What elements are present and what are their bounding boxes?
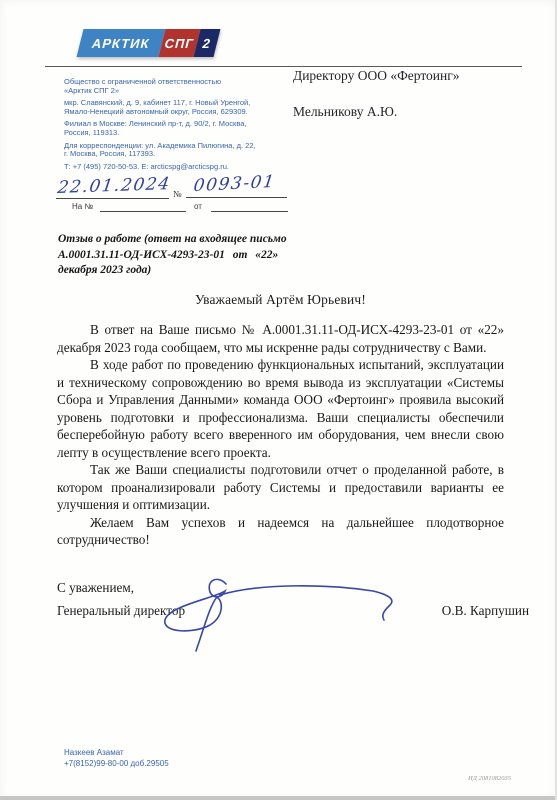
scan-edge-bottom bbox=[0, 796, 557, 800]
letterhead-details: Общество с ограниченной ответственностью… bbox=[64, 78, 302, 172]
number-underline bbox=[186, 197, 287, 198]
incoming-number-label: На № bbox=[72, 202, 93, 211]
addressee-position: Директору ООО «Фертоинг» bbox=[293, 68, 460, 84]
signature-closing: С уважением, bbox=[57, 580, 134, 596]
company-logo: АРКТИК СПГ 2 bbox=[77, 29, 221, 57]
logo-segment-arktik: АРКТИК bbox=[77, 29, 166, 57]
letterhead-org: Общество с ограниченной ответственностью… bbox=[64, 78, 302, 96]
number-sign: № bbox=[173, 189, 182, 199]
footer-contact-phone: +7(8152)99-80-00 доб.29505 bbox=[64, 758, 169, 769]
letterhead-contact-line: Т: +7 (495) 720-50-53. Е: arcticspg@arct… bbox=[64, 163, 302, 172]
handwritten-date: 22.01.2024 bbox=[56, 174, 172, 198]
subject-line3: декабря 2023 года) bbox=[58, 263, 324, 279]
incoming-number-underline bbox=[100, 211, 186, 212]
scanned-letter-page: { "logo": { "segment1": "АРКТИК", "segme… bbox=[0, 0, 557, 800]
letterhead-address: мкр. Славянский, д. 9, кабинет 117, г. Н… bbox=[64, 99, 302, 117]
body-paragraph-1: В ответ на Ваше письмо № А.0001.31.11-ОД… bbox=[57, 321, 504, 356]
body-paragraph-4: Желаем Вам успехов и надеемся на дальней… bbox=[57, 514, 504, 549]
letterhead-branch-line2: Россия, 119313. bbox=[64, 129, 302, 138]
letter-body: В ответ на Ваше письмо № А.0001.31.11-ОД… bbox=[57, 321, 504, 549]
signatory-name: О.В. Карпушин bbox=[442, 603, 529, 619]
header-divider bbox=[45, 66, 522, 67]
addressee-block: Директору ООО «Фертоинг» Мельникову А.Ю. bbox=[293, 68, 460, 120]
letterhead-address-line2: Ямало-Ненецкий автономный округ, Россия,… bbox=[64, 108, 302, 117]
date-underline bbox=[56, 198, 169, 199]
document-id: ИД 2081082035 bbox=[468, 775, 511, 782]
handwritten-number: 0093-01 bbox=[192, 172, 276, 196]
subject-line1: Отзыв о работе (ответ на входящее письмо bbox=[58, 232, 324, 248]
signature-stroke bbox=[165, 579, 392, 651]
footer-contact: Назкеев Азамат +7(8152)99-80-00 доб.2950… bbox=[64, 747, 169, 769]
subject-line2: А.0001.31.11-ОД-ИСХ-4293-23-01 от «22» bbox=[58, 248, 324, 264]
letterhead-postal-line2: г. Москва, Россия, 117393. bbox=[64, 150, 302, 159]
salutation: Уважаемый Артём Юрьевич! bbox=[57, 292, 504, 308]
incoming-date-label: от bbox=[194, 202, 202, 211]
subject-block: Отзыв о работе (ответ на входящее письмо… bbox=[58, 232, 324, 279]
footer-contact-name: Назкеев Азамат bbox=[64, 747, 169, 758]
letterhead-postal: Для корреспонденции: ул. Академика Пилюг… bbox=[64, 142, 302, 160]
letterhead-branch: Филиал в Москве: Ленинский пр-т, д. 90/2… bbox=[64, 120, 302, 138]
incoming-date-underline bbox=[211, 211, 288, 212]
body-paragraph-3: Так же Ваши специалисты подготовили отче… bbox=[57, 461, 504, 514]
body-paragraph-2: В ходе работ по проведению функциональны… bbox=[57, 356, 504, 461]
handwritten-signature bbox=[160, 578, 400, 656]
addressee-name: Мельникову А.Ю. bbox=[293, 104, 460, 120]
letterhead-org-line2: «Арктик СПГ 2» bbox=[64, 87, 302, 96]
